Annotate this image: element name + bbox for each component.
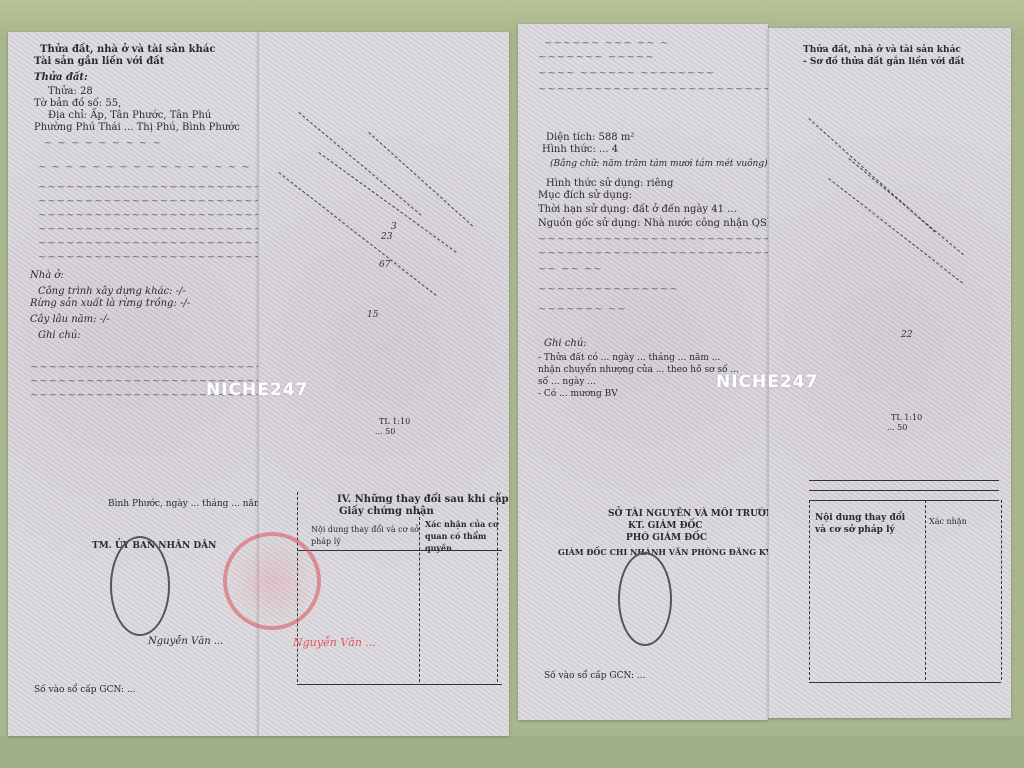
use-line: Hình thức sử dụng: riêng [546, 178, 673, 190]
plot-number: 22 [901, 330, 912, 340]
change-table-title: IV. Những thay đổi sau khi cấp [337, 494, 509, 506]
header-line: Thửa đất, nhà ở và tài sản khác [803, 44, 961, 56]
section-line: Rừng sản xuất là rừng trồng: -/- [30, 298, 190, 310]
official-stamp [110, 536, 170, 636]
use-line: Mục đích sử dụng: [538, 190, 632, 202]
notes-heading: Ghi chú: [544, 338, 587, 350]
signer-name: Nguyễn Văn ... [148, 636, 223, 648]
notes-line: nhận chuyển nhượng của ... theo hồ sơ số… [538, 364, 739, 376]
signature-line: SỞ TÀI NGUYÊN VÀ MÔI TRƯỜNG [608, 508, 782, 520]
map-scale: ... 50 [375, 426, 395, 438]
serial-line: Số vào sổ cấp GCN: ... [34, 684, 136, 696]
background-surface-bottom [0, 736, 1024, 768]
watermark: NICHE247 [206, 380, 308, 400]
serial-line: Số vào sổ cấp GCN: ... [544, 670, 646, 682]
section-line: Cây lâu năm: -/- [30, 314, 110, 326]
section-line: Ghi chú: [38, 330, 81, 342]
use-line: Thời hạn sử dụng: đất ở đến ngày 41 ... [538, 204, 737, 216]
header-line: Thửa đất, nhà ở và tài sản khác [40, 44, 215, 56]
header-line: Thửa đất: [34, 72, 88, 84]
map-scale: ... 50 [887, 422, 907, 434]
notes-line: số ... ngày ... [538, 376, 596, 388]
header-line: - Sơ đồ thửa đất gắn liền với đất [803, 56, 965, 68]
field-line: Phường Phú Thái ... Thị Phú, Bình Phước [34, 122, 240, 134]
use-line: Nguồn gốc sử dụng: Nhà nước công nhận QS… [538, 218, 783, 230]
field-line: Tờ bản đồ số: 55, [34, 98, 121, 110]
notes-line: - Có ... mương BV [538, 388, 618, 400]
plot-number: 23 [381, 232, 392, 242]
plot-number: 3 [391, 222, 397, 232]
change-table-col: Nội dung thay đổi và cơ sở pháp lý [815, 512, 915, 536]
change-table-col: Xác nhận [929, 516, 999, 528]
signature-line: KT. GIÁM ĐỐC [628, 520, 702, 532]
change-table-col: Xác nhận của cơ quan có thẩm quyền [425, 518, 505, 554]
field-line: Thửa: 28 [48, 86, 93, 98]
notes-line: - Thửa đất có ... ngày ... tháng ... năm… [538, 352, 720, 364]
red-seal [223, 532, 321, 630]
signature-line: PHÓ GIÁM ĐỐC [626, 532, 707, 544]
section-line: Công trình xây dựng khác: -/- [38, 286, 186, 298]
header-line: Tài sản gắn liền với đất [34, 56, 164, 68]
field-line: Diện tích: 588 m² [546, 132, 634, 144]
field-line: Hình thức: ... 4 [542, 144, 618, 156]
red-signature: Nguyễn Văn ... [293, 636, 376, 649]
plot-number: 67 [379, 260, 390, 270]
plot-number: 15 [367, 310, 378, 320]
field-line: Địa chỉ: Ấp, Tân Phước, Tân Phú [48, 110, 211, 122]
area-in-words: (Bằng chữ: năm trăm tám mươi tám mét vuô… [550, 158, 768, 170]
section-line: Nhà ở: [30, 270, 64, 282]
change-table-col: Nội dung thay đổi và cơ sở pháp lý [311, 524, 421, 548]
official-stamp [618, 552, 672, 646]
watermark: NICHE247 [716, 372, 818, 392]
